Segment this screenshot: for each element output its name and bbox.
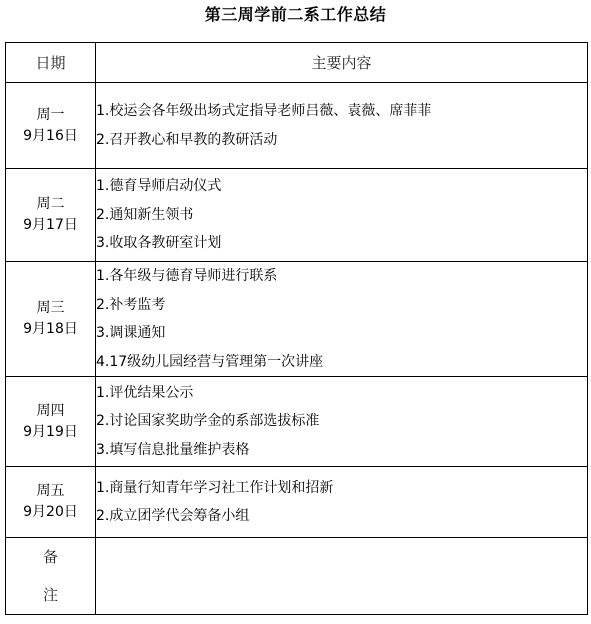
content-cell: 1.校运会各年级出场式定指导老师吕薇、袁薇、席菲菲 2.召开教心和早教的教研活动 — [96, 83, 588, 169]
day-date: 9月19日 — [6, 422, 95, 443]
table-row-tuesday: 周二 9月17日 1.德育导师启动仪式 2.通知新生领书 3.收取各教研室计划 — [6, 169, 588, 262]
date-cell: 周一 9月16日 — [6, 83, 96, 169]
date-cell: 周三 9月18日 — [6, 262, 96, 377]
table-row-remarks: 备 注 — [6, 538, 588, 615]
day-date: 9月16日 — [6, 126, 95, 147]
day-date: 9月18日 — [6, 319, 95, 340]
date-cell: 周四 9月19日 — [6, 377, 96, 467]
remarks-label-cell: 备 注 — [6, 538, 96, 615]
list-item: 2.补考监考 — [96, 291, 587, 320]
header-date: 日期 — [6, 43, 96, 83]
day-name: 周一 — [6, 105, 95, 126]
remarks-label-char: 备 — [6, 538, 95, 576]
day-date: 9月17日 — [6, 215, 95, 236]
day-date: 9月20日 — [6, 502, 95, 523]
content-cell: 1.评优结果公示 2.讨论国家奖助学金的系部选拔标准 3.填写信息批量维护表格 — [96, 377, 588, 467]
list-item: 4.17级幼儿园经营与管理第一次讲座 — [96, 348, 587, 377]
date-cell: 周二 9月17日 — [6, 169, 96, 262]
list-item: 1.评优结果公示 — [96, 379, 587, 408]
weekly-summary-table: 日期 主要内容 周一 9月16日 1.校运会各年级出场式定指导老师吕薇、袁薇、席… — [5, 42, 588, 615]
date-cell: 周五 9月20日 — [6, 467, 96, 538]
content-cell: 1.商量行知青年学习社工作计划和招新 2.成立团学代会筹备小组 — [96, 467, 588, 538]
day-name: 周四 — [6, 401, 95, 422]
list-item: 1.校运会各年级出场式定指导老师吕薇、袁薇、席菲菲 — [96, 97, 587, 126]
table-row-thursday: 周四 9月19日 1.评优结果公示 2.讨论国家奖助学金的系部选拔标准 3.填写… — [6, 377, 588, 467]
day-name: 周三 — [6, 298, 95, 319]
day-name: 周二 — [6, 194, 95, 215]
document-title: 第三周学前二系工作总结 — [0, 4, 591, 26]
day-name: 周五 — [6, 481, 95, 502]
table-row-friday: 周五 9月20日 1.商量行知青年学习社工作计划和招新 2.成立团学代会筹备小组 — [6, 467, 588, 538]
table-row-wednesday: 周三 9月18日 1.各年级与德育导师进行联系 2.补考监考 3.调课通知 4.… — [6, 262, 588, 377]
list-item: 3.调课通知 — [96, 319, 587, 348]
header-content: 主要内容 — [96, 43, 588, 83]
list-item: 2.召开教心和早教的教研活动 — [96, 126, 587, 155]
list-item: 2.成立团学代会筹备小组 — [96, 502, 587, 531]
list-item: 1.德育导师启动仪式 — [96, 172, 587, 201]
table-header-row: 日期 主要内容 — [6, 43, 588, 83]
remarks-content-cell — [96, 538, 588, 615]
list-item: 2.通知新生领书 — [96, 201, 587, 230]
content-cell: 1.各年级与德育导师进行联系 2.补考监考 3.调课通知 4.17级幼儿园经营与… — [96, 262, 588, 377]
list-item: 3.收取各教研室计划 — [96, 229, 587, 258]
content-cell: 1.德育导师启动仪式 2.通知新生领书 3.收取各教研室计划 — [96, 169, 588, 262]
remarks-label-char: 注 — [6, 576, 95, 614]
list-item: 1.商量行知青年学习社工作计划和招新 — [96, 474, 587, 503]
list-item: 3.填写信息批量维护表格 — [96, 436, 587, 465]
list-item: 2.讨论国家奖助学金的系部选拔标准 — [96, 407, 587, 436]
list-item: 1.各年级与德育导师进行联系 — [96, 262, 587, 291]
table-row-monday: 周一 9月16日 1.校运会各年级出场式定指导老师吕薇、袁薇、席菲菲 2.召开教… — [6, 83, 588, 169]
